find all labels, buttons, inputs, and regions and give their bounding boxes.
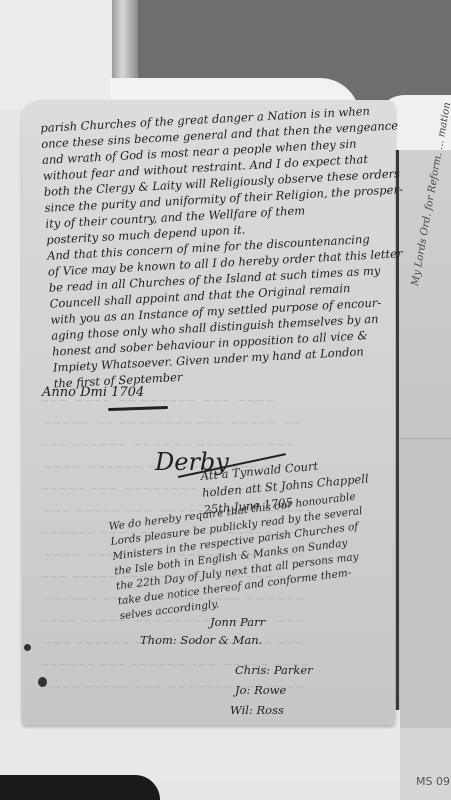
- ink-blot: [24, 644, 31, 651]
- ink-blot: [38, 677, 47, 687]
- archive-label: MS 09: [416, 775, 450, 788]
- under-page: [0, 718, 400, 780]
- signatory: Wil: Ross: [230, 703, 284, 717]
- letter-body: parish Churches of the great danger a Na…: [40, 102, 404, 392]
- signatory: Jo: Rowe: [235, 683, 286, 697]
- date-line: Anno Dmi 1704: [42, 385, 144, 400]
- signatory: Jonn Parr: [210, 615, 265, 629]
- right-bottom: [400, 728, 451, 800]
- signatory: Chris: Parker: [235, 663, 313, 677]
- signatory: Thom: Sodor & Man.: [140, 633, 262, 647]
- dark-surface: [0, 775, 160, 800]
- archive-box-edge: [112, 0, 138, 90]
- background-left: [0, 0, 115, 110]
